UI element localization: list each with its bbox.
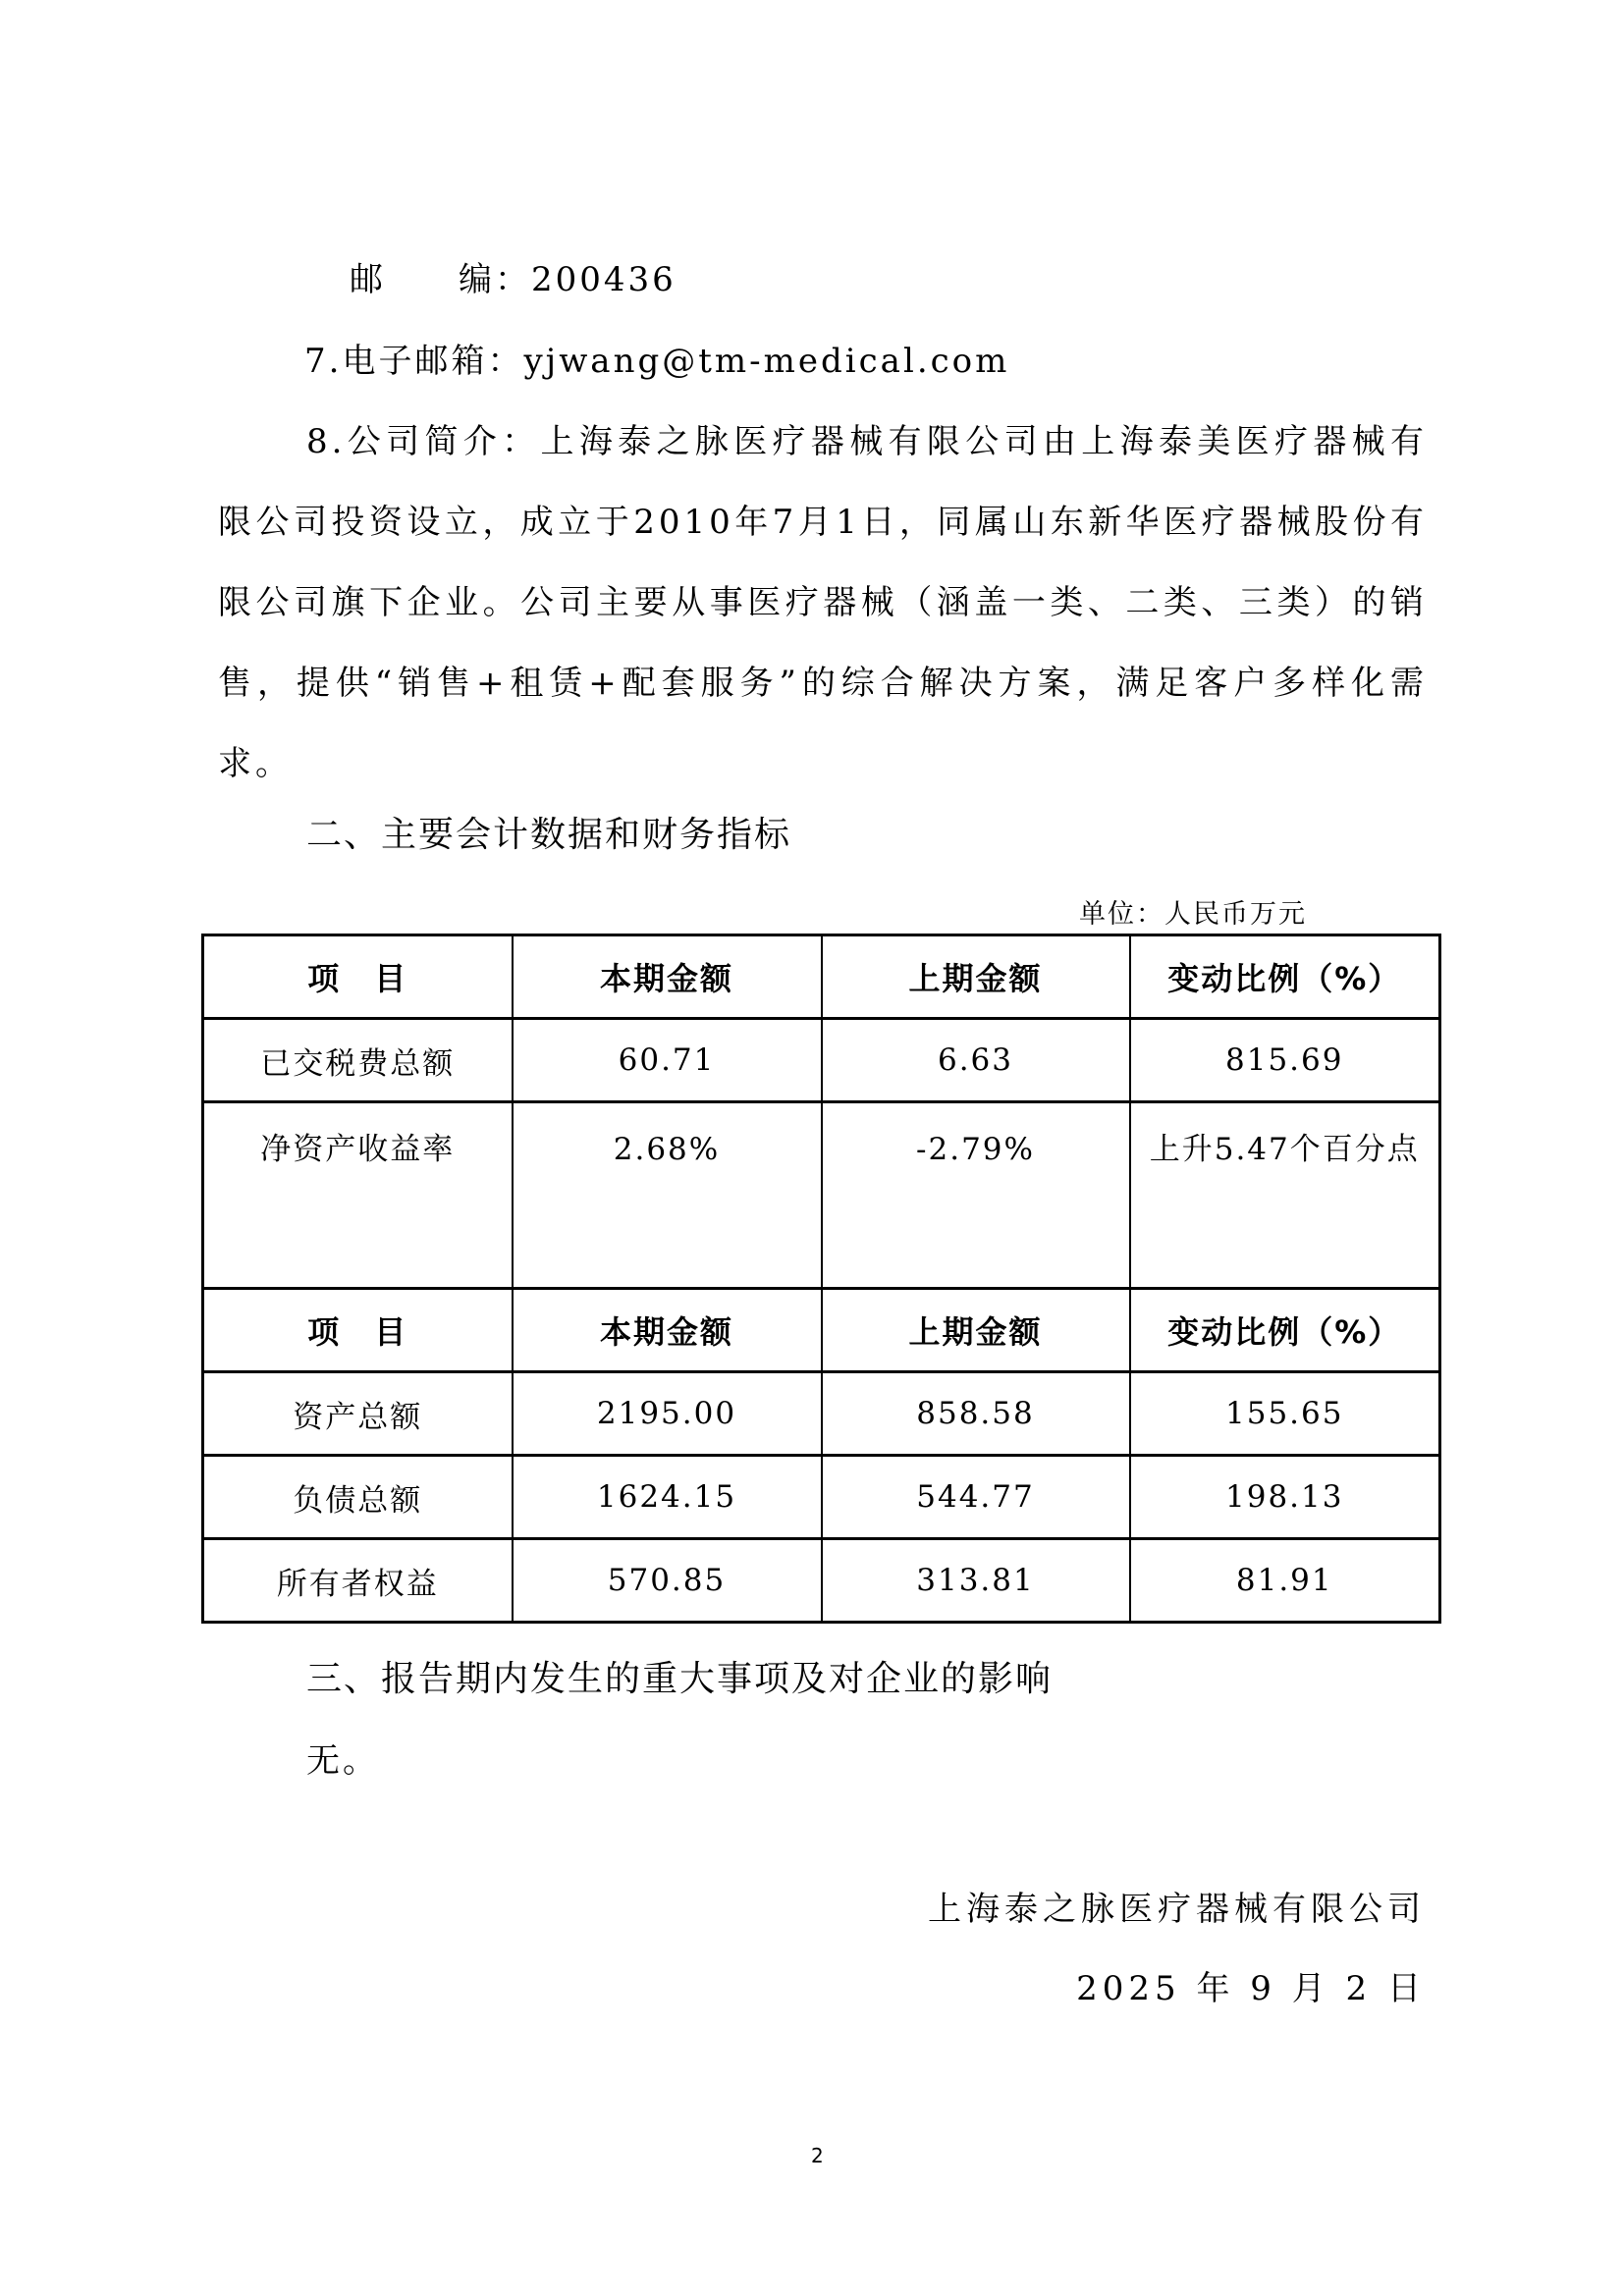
header-item: 项 目 xyxy=(203,1289,513,1372)
table-header-row: 项 目 本期金额 上期金额 变动比例（%） xyxy=(203,935,1440,1019)
cell-change: 198.13 xyxy=(1130,1456,1440,1539)
email-label: 7.电子邮箱： xyxy=(304,342,523,381)
company-profile-paragraph: 8.公司简介：上海泰之脉医疗器械有限公司由上海泰美医疗器械有限公司投资设立，成立… xyxy=(218,401,1428,804)
cell-previous: 544.77 xyxy=(822,1456,1130,1539)
table-row: 净资产收益率 2.68% -2.79% 上升5.47个百分点 xyxy=(203,1102,1440,1289)
email-line: 7.电子邮箱：yjwang@tm-medical.com xyxy=(304,342,1009,381)
table-row: 所有者权益 570.85 313.81 81.91 xyxy=(203,1539,1440,1623)
unit-label: 单位：人民币万元 xyxy=(1079,898,1307,932)
table-header-row: 项 目 本期金额 上期金额 变动比例（%） xyxy=(203,1289,1440,1372)
cell-change: 上升5.47个百分点 xyxy=(1130,1102,1440,1289)
cell-current: 2195.00 xyxy=(513,1372,822,1456)
cell-current: 1624.15 xyxy=(513,1456,822,1539)
header-item: 项 目 xyxy=(203,935,513,1019)
postcode-label: 邮 编： xyxy=(350,260,531,299)
profile-text: 上海泰之脉医疗器械有限公司由上海泰美医疗器械有限公司投资设立，成立于2010年7… xyxy=(218,422,1428,783)
page-number: 2 xyxy=(811,2144,824,2167)
header-current: 本期金额 xyxy=(513,1289,822,1372)
financial-table: 项 目 本期金额 上期金额 变动比例（%） 已交税费总额 60.71 6.63 … xyxy=(201,934,1441,1624)
section-3-body: 无。 xyxy=(306,1741,379,1781)
cell-item: 所有者权益 xyxy=(203,1539,513,1623)
header-change: 变动比例（%） xyxy=(1130,935,1440,1019)
cell-current: 2.68% xyxy=(513,1102,822,1289)
cell-item: 资产总额 xyxy=(203,1372,513,1456)
cell-change: 815.69 xyxy=(1130,1019,1440,1102)
profile-label: 8.公司简介： xyxy=(306,422,541,461)
cell-item: 净资产收益率 xyxy=(203,1102,513,1289)
section-2-heading: 二、主要会计数据和财务指标 xyxy=(306,814,791,857)
cell-current: 60.71 xyxy=(513,1019,822,1102)
signature-company: 上海泰之脉医疗器械有限公司 xyxy=(928,1890,1426,1929)
cell-previous: 858.58 xyxy=(822,1372,1130,1456)
table-row: 负债总额 1624.15 544.77 198.13 xyxy=(203,1456,1440,1539)
postcode-value: 200436 xyxy=(531,260,677,299)
signature-date: 2025 年 9 月 2 日 xyxy=(1076,1969,1426,2008)
postcode-line: 邮 编：200436 xyxy=(350,260,677,299)
cell-change: 155.65 xyxy=(1130,1372,1440,1456)
email-value: yjwang@tm-medical.com xyxy=(523,342,1009,381)
header-previous: 上期金额 xyxy=(822,1289,1130,1372)
header-current: 本期金额 xyxy=(513,935,822,1019)
cell-change: 81.91 xyxy=(1130,1539,1440,1623)
cell-item: 已交税费总额 xyxy=(203,1019,513,1102)
header-change: 变动比例（%） xyxy=(1130,1289,1440,1372)
cell-previous: -2.79% xyxy=(822,1102,1130,1289)
header-previous: 上期金额 xyxy=(822,935,1130,1019)
table-row: 资产总额 2195.00 858.58 155.65 xyxy=(203,1372,1440,1456)
cell-current: 570.85 xyxy=(513,1539,822,1623)
cell-item: 负债总额 xyxy=(203,1456,513,1539)
section-3-heading: 三、报告期内发生的重大事项及对企业的影响 xyxy=(306,1658,1053,1701)
table-row: 已交税费总额 60.71 6.63 815.69 xyxy=(203,1019,1440,1102)
cell-previous: 313.81 xyxy=(822,1539,1130,1623)
cell-previous: 6.63 xyxy=(822,1019,1130,1102)
